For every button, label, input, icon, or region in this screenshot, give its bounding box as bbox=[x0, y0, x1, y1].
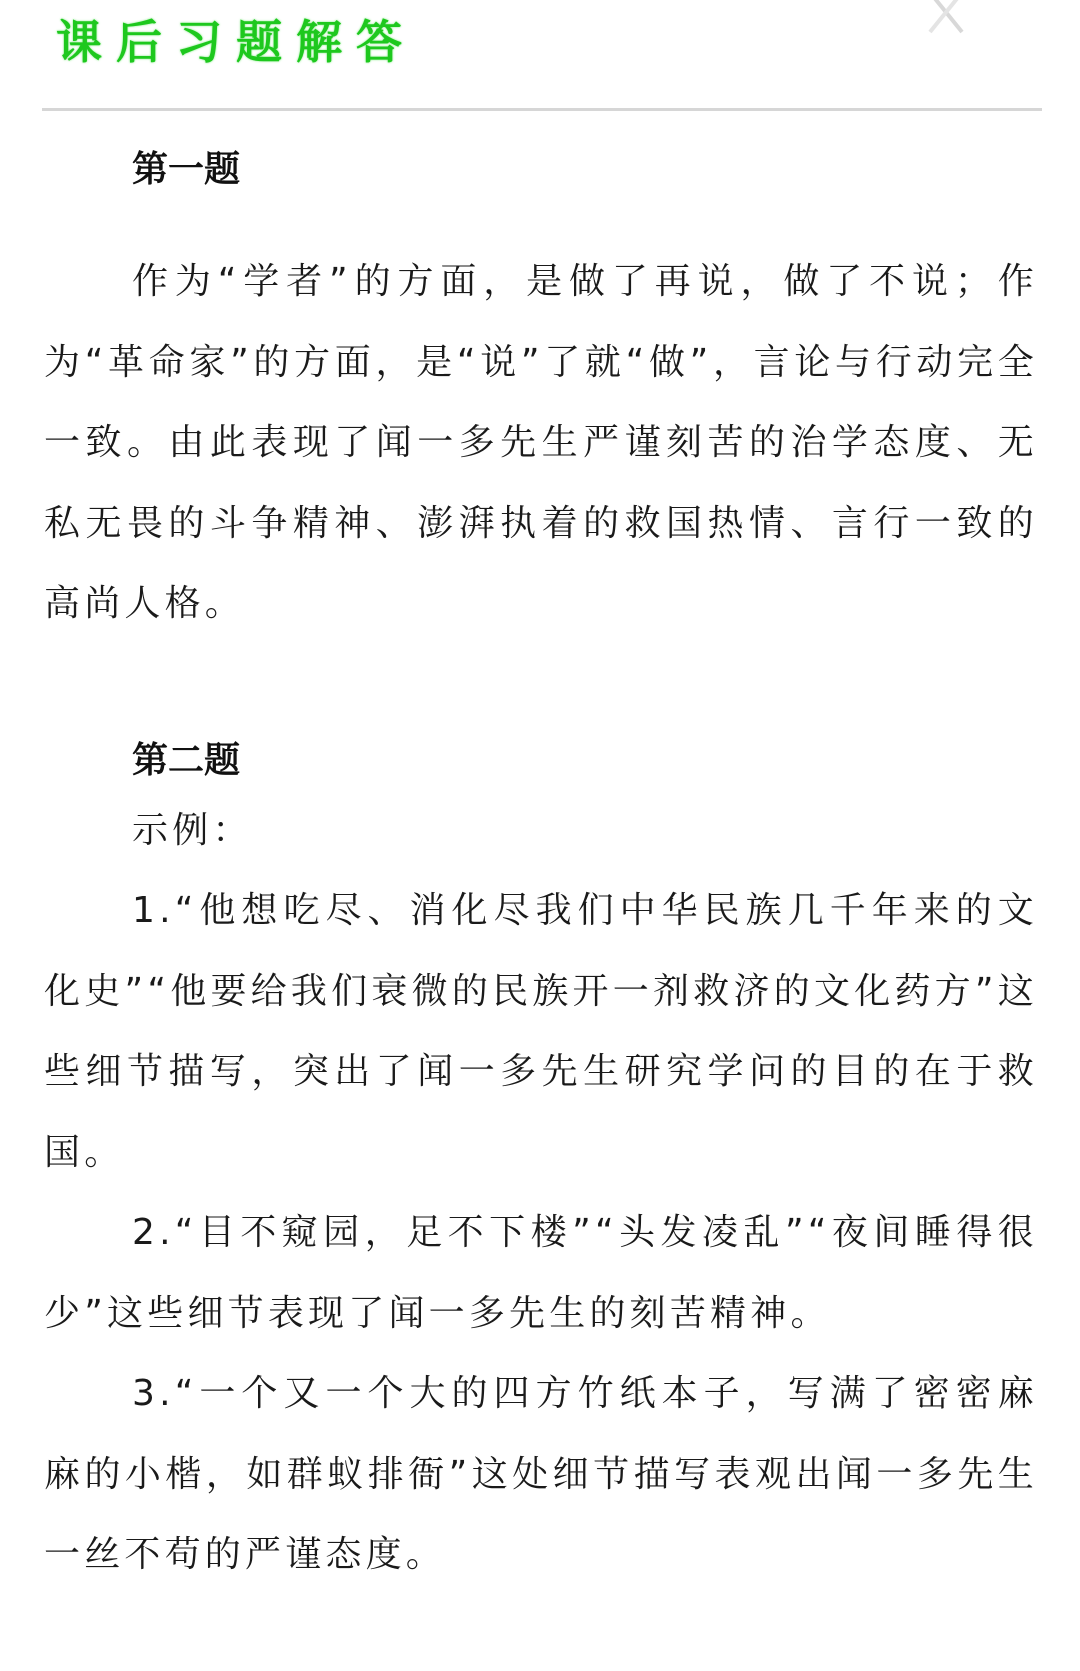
question-1-section: 第一题 作为“学者”的方面，是做了再说，做了不说；作为“革命家”的方面，是“说”… bbox=[44, 140, 1038, 645]
question-1-answer: 作为“学者”的方面，是做了再说，做了不说；作为“革命家”的方面，是“说”了就“做… bbox=[44, 242, 1038, 645]
page-title: 课后习题解答 bbox=[56, 12, 416, 72]
close-icon bbox=[920, 0, 980, 40]
example-item-1: 1.“他想吃尽、消化尽我们中华民族几千年来的文化史”“他要给我们衰微的民族开一剂… bbox=[44, 871, 1038, 1193]
close-button[interactable] bbox=[920, 0, 980, 40]
title-divider bbox=[42, 108, 1042, 111]
question-1-heading: 第一题 bbox=[44, 140, 1038, 200]
example-item-3: 3.“一个又一个大的四方竹纸本子，写满了密密麻麻的小楷，如群蚁排衙”这处细节描写… bbox=[44, 1354, 1038, 1596]
answer-content: 第一题 作为“学者”的方面，是做了再说，做了不说；作为“革命家”的方面，是“说”… bbox=[44, 140, 1038, 1596]
question-2-heading: 第二题 bbox=[44, 731, 1038, 791]
example-item-2: 2.“目不窥园，足不下楼”“头发凌乱”“夜间睡得很少”这些细节表现了闻一多先生的… bbox=[44, 1193, 1038, 1354]
question-2-section: 第二题 示例： 1.“他想吃尽、消化尽我们中华民族几千年来的文化史”“他要给我们… bbox=[44, 731, 1038, 1596]
example-label: 示例： bbox=[44, 791, 1038, 872]
